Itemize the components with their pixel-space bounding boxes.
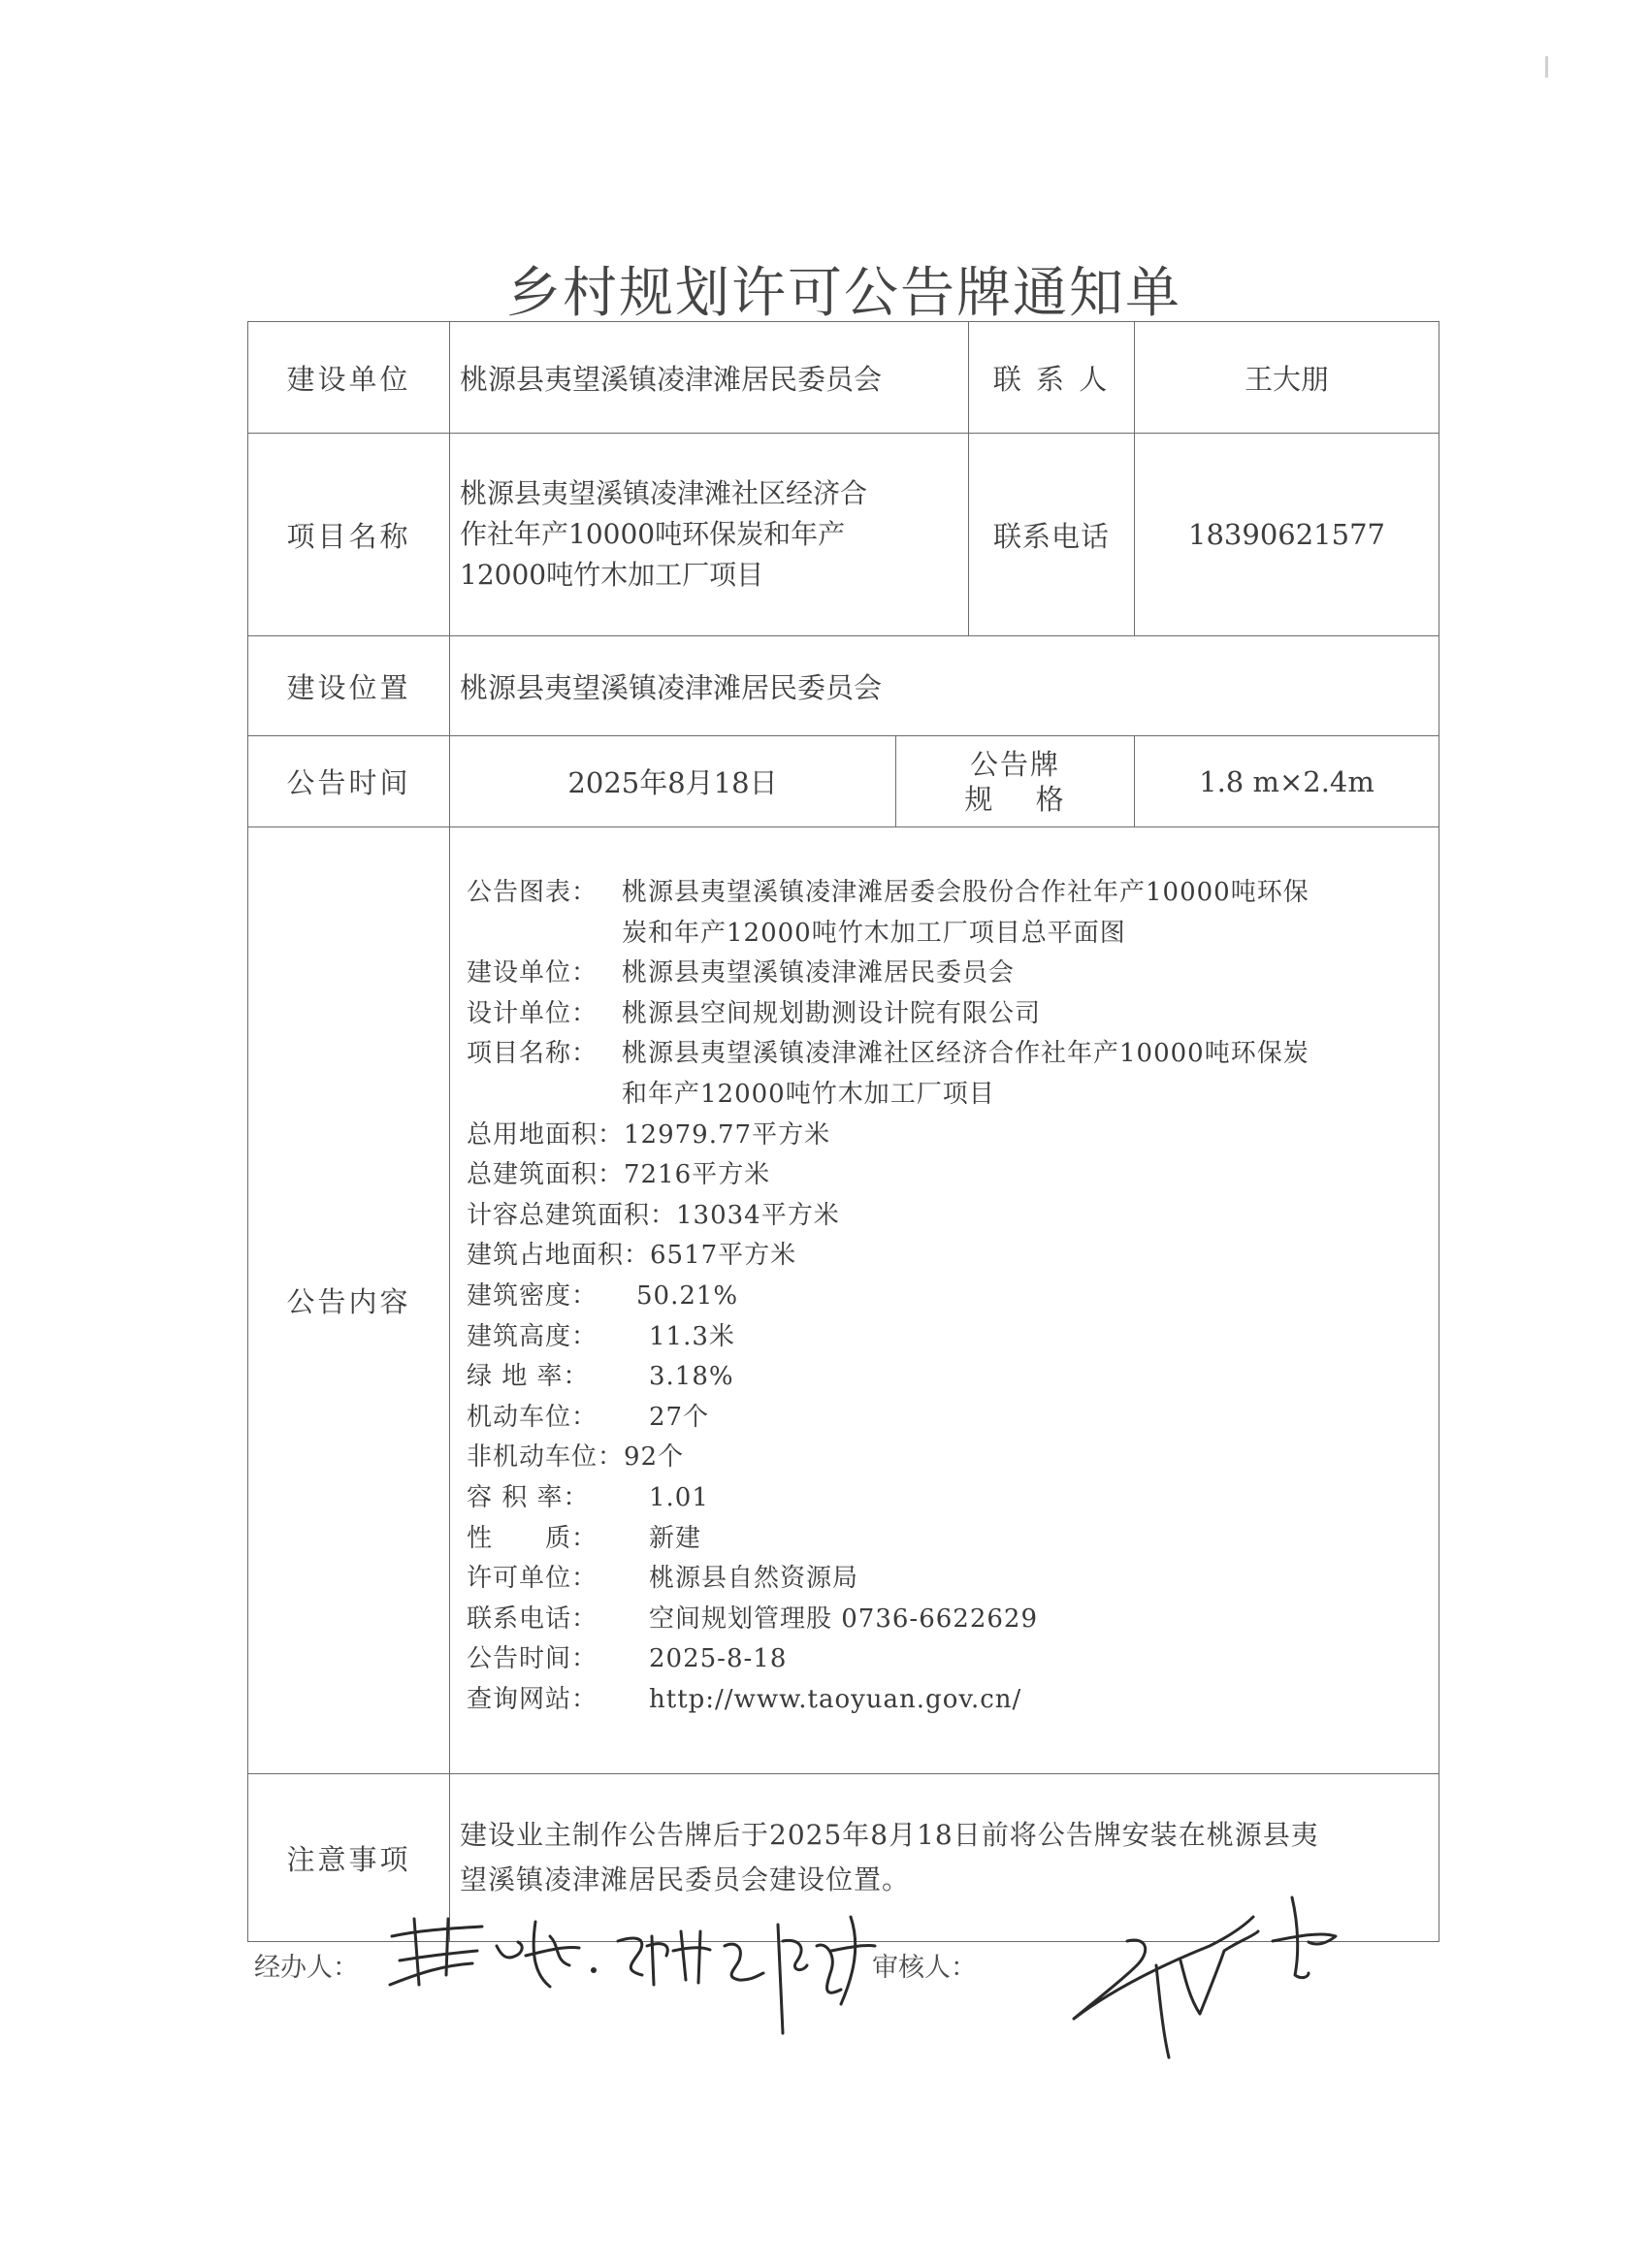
- content-item-nature: 性 质： 新建: [467, 1519, 1427, 1560]
- board-spec-label-line: 规 格: [896, 782, 1134, 817]
- label-contact-person: 联 系 人: [969, 322, 1135, 434]
- content-value: 92个: [624, 1438, 1427, 1478]
- content-item-project-name: 项目名称： 桃源县夷望溪镇凌津滩社区经济合作社年产10000吨环保炭 和年产12…: [467, 1034, 1427, 1115]
- content-value: 27个: [649, 1398, 1427, 1439]
- handler-signature-icon: [390, 1917, 914, 2062]
- content-item-contact-phone: 联系电话： 空间规划管理股 0736-6622629: [467, 1600, 1427, 1640]
- content-key: 查询网站：: [467, 1680, 649, 1721]
- label-project-name: 项目名称: [248, 434, 450, 636]
- content-key: 公告图表：: [467, 873, 622, 954]
- content-item-plot-ratio: 容 积 率： 1.01: [467, 1478, 1427, 1519]
- content-key: 性 质：: [467, 1519, 649, 1560]
- content-item-query-website: 查询网站： http://www.taoyuan.gov.cn/: [467, 1680, 1427, 1721]
- row-construction-unit: 建设单位 桃源县夷望溪镇凌津滩居民委员会 联 系 人 王大朋: [248, 322, 1439, 434]
- content-item-drawing: 公告图表： 桃源县夷望溪镇凌津滩居委会股份合作社年产10000吨环保 炭和年产1…: [467, 873, 1427, 954]
- value-board-spec: 1.8 m×2.4m: [1135, 736, 1439, 827]
- row-notice-content: 公告内容 公告图表： 桃源县夷望溪镇凌津滩居委会股份合作社年产10000吨环保 …: [248, 827, 1439, 1774]
- content-value: 13034平方米: [676, 1196, 1427, 1237]
- content-item-building-height: 建筑高度： 11.3米: [467, 1317, 1427, 1358]
- content-value: 2025-8-18: [649, 1639, 1427, 1680]
- content-value: 桃源县夷望溪镇凌津滩居民委员会: [622, 954, 1427, 994]
- handler-label: 经办人：: [254, 1946, 359, 1984]
- content-item-permit-unit: 许可单位： 桃源县自然资源局: [467, 1559, 1427, 1600]
- content-key: 建筑占地面积：: [467, 1236, 650, 1277]
- reviewer-signature-icon: [1045, 1897, 1394, 2053]
- label-notice-time: 公告时间: [248, 736, 450, 827]
- content-key: 联系电话：: [467, 1600, 649, 1640]
- board-spec-label-line: 公告牌: [896, 747, 1134, 782]
- content-item-nonmotor-parking: 非机动车位： 92个: [467, 1438, 1427, 1478]
- project-name-line: 12000吨竹木加工厂项目: [460, 555, 968, 596]
- content-item-far-floor-area: 计容总建筑面积： 13034平方米: [467, 1196, 1427, 1237]
- query-website-link[interactable]: http://www.taoyuan.gov.cn/: [649, 1680, 1427, 1721]
- row-construction-location: 建设位置 桃源县夷望溪镇凌津滩居民委员会: [248, 636, 1439, 736]
- value-construction-unit: 桃源县夷望溪镇凌津滩居民委员会: [450, 322, 969, 434]
- content-item-construction-unit: 建设单位： 桃源县夷望溪镇凌津滩居民委员会: [467, 954, 1427, 994]
- content-value: 空间规划管理股 0736-6622629: [649, 1600, 1427, 1640]
- content-value: 桃源县夷望溪镇凌津滩居委会股份合作社年产10000吨环保 炭和年产12000吨竹…: [622, 873, 1427, 954]
- content-item-total-land-area: 总用地面积： 12979.77平方米: [467, 1116, 1427, 1156]
- content-value: 桃源县空间规划勘测设计院有限公司: [622, 994, 1427, 1035]
- scan-mark: [1545, 56, 1548, 78]
- content-key: 计容总建筑面积：: [467, 1196, 676, 1237]
- content-line: 和年产12000吨竹木加工厂项目: [622, 1075, 1427, 1116]
- content-key: 总用地面积：: [467, 1116, 624, 1156]
- label-board-spec: 公告牌 规 格: [896, 736, 1135, 827]
- content-key: 绿 地 率：: [467, 1357, 649, 1398]
- content-key: 项目名称：: [467, 1034, 622, 1115]
- content-key: 建筑高度：: [467, 1317, 649, 1358]
- row-project-name: 项目名称 桃源县夷望溪镇凌津滩社区经济合 作社年产10000吨环保炭和年产 12…: [248, 434, 1439, 636]
- content-line: 桃源县夷望溪镇凌津滩社区经济合作社年产10000吨环保炭: [622, 1034, 1427, 1075]
- reviewer-label: 审核人：: [872, 1946, 977, 1984]
- label-construction-unit: 建设单位: [248, 322, 450, 434]
- label-notice-content: 公告内容: [248, 827, 450, 1774]
- value-notice-time: 2025年8月18日: [450, 736, 896, 827]
- content-key: 总建筑面积：: [467, 1155, 624, 1196]
- content-key: 非机动车位：: [467, 1438, 624, 1478]
- content-value: 11.3米: [649, 1317, 1427, 1358]
- content-line: 桃源县夷望溪镇凌津滩居委会股份合作社年产10000吨环保: [622, 873, 1427, 914]
- content-item-notice-time: 公告时间： 2025-8-18: [467, 1639, 1427, 1680]
- content-value: 新建: [649, 1519, 1427, 1560]
- value-contact-phone: 18390621577: [1135, 434, 1439, 636]
- content-value: 50.21%: [636, 1277, 1427, 1317]
- notes-line: 望溪镇凌津滩居民委员会建设位置。: [460, 1858, 1425, 1902]
- content-key: 建设单位：: [467, 954, 622, 994]
- label-construction-location: 建设位置: [248, 636, 450, 736]
- notes-line: 建设业主制作公告牌后于2025年8月18日前将公告牌安装在桃源县夷: [460, 1813, 1425, 1858]
- value-project-name: 桃源县夷望溪镇凌津滩社区经济合 作社年产10000吨环保炭和年产 12000吨竹…: [450, 434, 969, 636]
- label-contact-phone: 联系电话: [969, 434, 1135, 636]
- notice-content-list: 公告图表： 桃源县夷望溪镇凌津滩居委会股份合作社年产10000吨环保 炭和年产1…: [467, 873, 1427, 1720]
- project-name-line: 桃源县夷望溪镇凌津滩社区经济合: [460, 473, 968, 514]
- content-item-footprint-area: 建筑占地面积： 6517平方米: [467, 1236, 1427, 1277]
- value-contact-person: 王大朋: [1135, 322, 1439, 434]
- content-value: 7216平方米: [624, 1155, 1427, 1196]
- content-key: 建筑密度：: [467, 1277, 636, 1317]
- content-value: 3.18%: [649, 1357, 1427, 1398]
- content-key: 容 积 率：: [467, 1478, 649, 1519]
- value-notice-content: 公告图表： 桃源县夷望溪镇凌津滩居委会股份合作社年产10000吨环保 炭和年产1…: [450, 827, 1439, 1774]
- project-name-line: 作社年产10000吨环保炭和年产: [460, 514, 968, 555]
- content-item-building-density: 建筑密度： 50.21%: [467, 1277, 1427, 1317]
- notice-form-table: 建设单位 桃源县夷望溪镇凌津滩居民委员会 联 系 人 王大朋 项目名称 桃源县夷…: [247, 321, 1439, 1942]
- signature-footer: 经办人： 审核人：: [254, 1946, 1457, 2062]
- content-item-green-rate: 绿 地 率： 3.18%: [467, 1357, 1427, 1398]
- content-item-total-floor-area: 总建筑面积： 7216平方米: [467, 1155, 1427, 1196]
- content-key: 机动车位：: [467, 1398, 649, 1439]
- content-item-design-unit: 设计单位： 桃源县空间规划勘测设计院有限公司: [467, 994, 1427, 1035]
- content-key: 许可单位：: [467, 1559, 649, 1600]
- content-value: 12979.77平方米: [624, 1116, 1427, 1156]
- page-title: 乡村规划许可公告牌通知单: [0, 250, 1649, 328]
- content-value: 6517平方米: [650, 1236, 1427, 1277]
- content-key: 设计单位：: [467, 994, 622, 1035]
- value-construction-location: 桃源县夷望溪镇凌津滩居民委员会: [450, 636, 1439, 736]
- content-value: 1.01: [649, 1478, 1427, 1519]
- content-value: 桃源县夷望溪镇凌津滩社区经济合作社年产10000吨环保炭 和年产12000吨竹木…: [622, 1034, 1427, 1115]
- content-item-motor-parking: 机动车位： 27个: [467, 1398, 1427, 1439]
- content-line: 炭和年产12000吨竹木加工厂项目总平面图: [622, 914, 1427, 955]
- content-value: 桃源县自然资源局: [649, 1559, 1427, 1600]
- row-notice-time: 公告时间 2025年8月18日 公告牌 规 格 1.8 m×2.4m: [248, 736, 1439, 827]
- content-key: 公告时间：: [467, 1639, 649, 1680]
